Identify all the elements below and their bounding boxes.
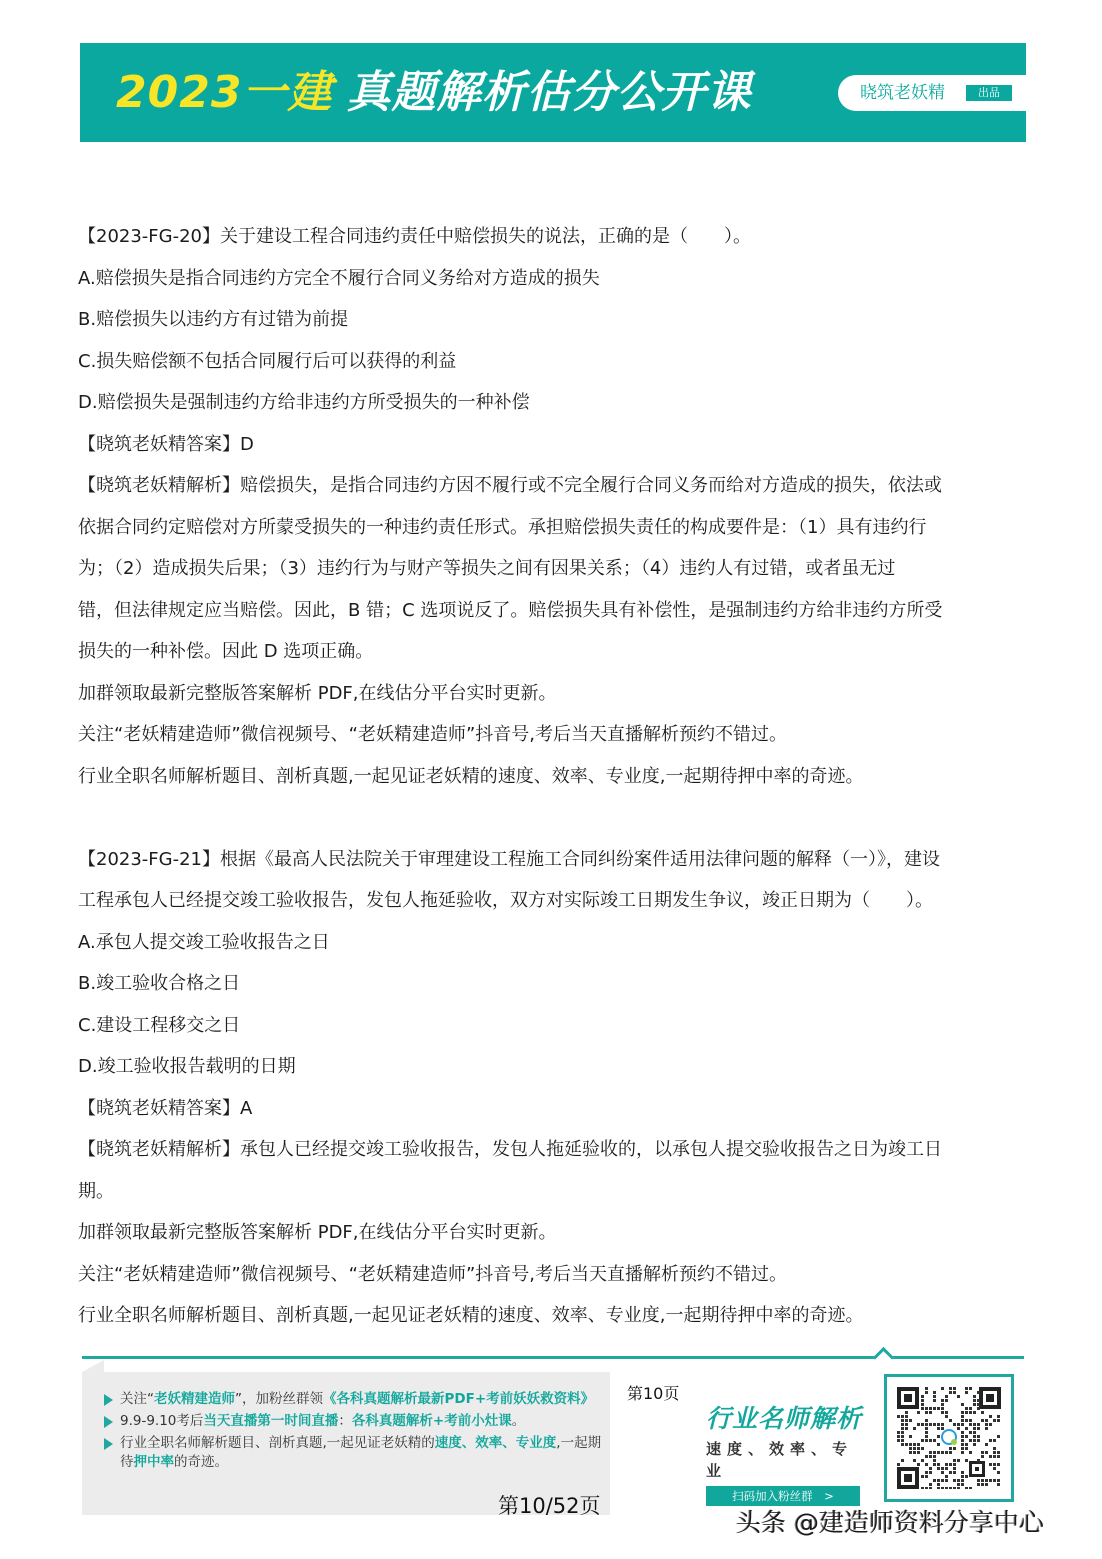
footer-bullet: 行业全职名师解析题目、剖析真题,一起见证老妖精的速度、效率、专业度,一起期待押中…	[102, 1434, 602, 1472]
brand-tag: 出品	[966, 85, 1012, 101]
section-gap	[78, 797, 1028, 839]
promo-text: 行业全职名师解析题目、剖析真题,一起见证老妖精的速度、效率、专业度,一起期待押中…	[78, 1295, 1028, 1337]
highlight-text: 各科真题解析+考前小灶课	[352, 1413, 512, 1429]
promo-text: 关注“老妖精建造师”微信视频号、“老妖精建造师”抖音号,考后当天直播解析预约不错…	[78, 1254, 1028, 1296]
highlight-text: 速度、效率、专业度	[435, 1435, 557, 1451]
brand-name: 晓筑老妖精	[860, 81, 945, 105]
answer-option: A.承包人提交竣工验收报告之日	[78, 922, 1028, 964]
header-banner: 2023一建真题解析估分公开课 晓筑老妖精 出品	[80, 43, 1026, 142]
promo-title: 行业名师解析	[706, 1402, 866, 1436]
highlight-text: 老妖精建造师	[154, 1391, 235, 1407]
answer-analysis: 【晓筑老妖精解析】赔偿损失，是指合同违约方因不履行或不完全履行合同义务而给对方造…	[78, 465, 1028, 507]
promo-text: 加群领取最新完整版答案解析 PDF,在线估分平台实时更新。	[78, 673, 1028, 715]
answer-option: A.赔偿损失是指合同违约方完全不履行合同义务给对方造成的损失	[78, 258, 1028, 300]
triangle-bullet-icon	[104, 1438, 113, 1450]
answer-option: C.建设工程移交之日	[78, 1005, 1028, 1047]
qr-code[interactable]	[884, 1374, 1014, 1502]
document-body: 【2023-FG-20】关于建设工程合同违约责任中赔偿损失的说法，正确的是（ ）…	[78, 216, 1028, 1337]
promo-text: 行业全职名师解析题目、剖析真题,一起见证老妖精的速度、效率、专业度,一起期待押中…	[78, 756, 1028, 798]
footer-box-corner	[82, 1360, 104, 1372]
answer-analysis: 损失的一种补偿。因此 D 选项正确。	[78, 631, 1028, 673]
promo-subtitle: 速度、效率、专业	[706, 1438, 866, 1482]
banner-year: 2023一建	[116, 67, 332, 118]
question-stem: 【2023-FG-20】关于建设工程合同违约责任中赔偿损失的说法，正确的是（ ）…	[78, 216, 1028, 258]
footer-bullet: 关注“老妖精建造师”，加粉丝群领《各科真题解析最新PDF+考前妖妖救资料》	[102, 1390, 602, 1409]
bullet-text: 9.9-9.10考后	[120, 1413, 203, 1429]
triangle-bullet-icon	[104, 1394, 113, 1406]
page-number-small: 第10页	[627, 1381, 679, 1404]
answer-analysis: 依据合同约定赔偿对方所蒙受损失的一种违约责任形式。承担赔偿损失责任的构成要件是：…	[78, 507, 1028, 549]
banner-course-title: 真题解析估分公开课	[346, 67, 751, 118]
answer-analysis: 错，但法律规定应当赔偿。因此，B 错；C 选项说反了。赔偿损失具有补偿性，是强制…	[78, 590, 1028, 632]
page-indicator: 第10/52页	[498, 1490, 601, 1520]
triangle-bullet-icon	[104, 1416, 113, 1428]
qr-code-icon	[897, 1387, 1001, 1489]
highlight-text: 《各科真题解析最新PDF+考前妖妖救资料》	[323, 1391, 594, 1407]
question-stem: 【2023-FG-21】根据《最高人民法院关于审理建设工程施工合同纠纷案件适用法…	[78, 839, 1028, 881]
answer-option: D.赔偿损失是强制违约方给非违约方所受损失的一种补偿	[78, 382, 1028, 424]
answer-analysis: 期。	[78, 1171, 1028, 1213]
banner-title: 2023一建真题解析估分公开课	[116, 65, 751, 121]
footer-promo: 行业名师解析 速度、效率、专业 扫码加入粉丝群 >	[706, 1402, 866, 1506]
brand-badge: 晓筑老妖精 出品	[838, 75, 1038, 111]
answer-analysis: 为；（2）造成损失后果；（3）违约行为与财产等损失之间有因果关系；（4）违约人有…	[78, 548, 1028, 590]
answer-option: B.竣工验收合格之日	[78, 963, 1028, 1005]
answer-option: D.竣工验收报告载明的日期	[78, 1046, 1028, 1088]
bullet-text: ”，加粉丝群领	[235, 1391, 323, 1407]
watermark: 头条 @建造师资料分享中心	[736, 1503, 1044, 1539]
bullet-text: ：	[338, 1413, 352, 1429]
highlight-text: 当天直播第一时间直播	[203, 1413, 338, 1429]
bullet-text: 。	[512, 1413, 526, 1429]
question-stem: 工程承包人已经提交竣工验收报告，发包人拖延验收，双方对实际竣工日期发生争议，竣正…	[78, 880, 1028, 922]
footer-bullet-list: 关注“老妖精建造师”，加粉丝群领《各科真题解析最新PDF+考前妖妖救资料》9.9…	[102, 1390, 602, 1475]
answer-option: C.损失赔偿额不包括合同履行后可以获得的利益	[78, 341, 1028, 383]
answer-option: B.赔偿损失以违约方有过错为前提	[78, 299, 1028, 341]
bullet-text: 的奇迹。	[174, 1454, 228, 1470]
correct-answer: 【晓筑老妖精答案】A	[78, 1088, 1028, 1130]
promo-text: 加群领取最新完整版答案解析 PDF,在线估分平台实时更新。	[78, 1212, 1028, 1254]
footer-bullet: 9.9-9.10考后当天直播第一时间直播：各科真题解析+考前小灶课。	[102, 1412, 602, 1431]
bullet-text: 关注“	[120, 1391, 154, 1407]
bullet-text: 行业全职名师解析题目、剖析真题,一起见证老妖精的	[120, 1435, 435, 1451]
footer-divider-notch	[873, 1347, 894, 1368]
promo-text: 关注“老妖精建造师”微信视频号、“老妖精建造师”抖音号,考后当天直播解析预约不错…	[78, 714, 1028, 756]
highlight-text: 押中率	[134, 1454, 175, 1470]
correct-answer: 【晓筑老妖精答案】D	[78, 424, 1028, 466]
answer-analysis: 【晓筑老妖精解析】承包人已经提交竣工验收报告，发包人拖延验收的，以承包人提交验收…	[78, 1129, 1028, 1171]
